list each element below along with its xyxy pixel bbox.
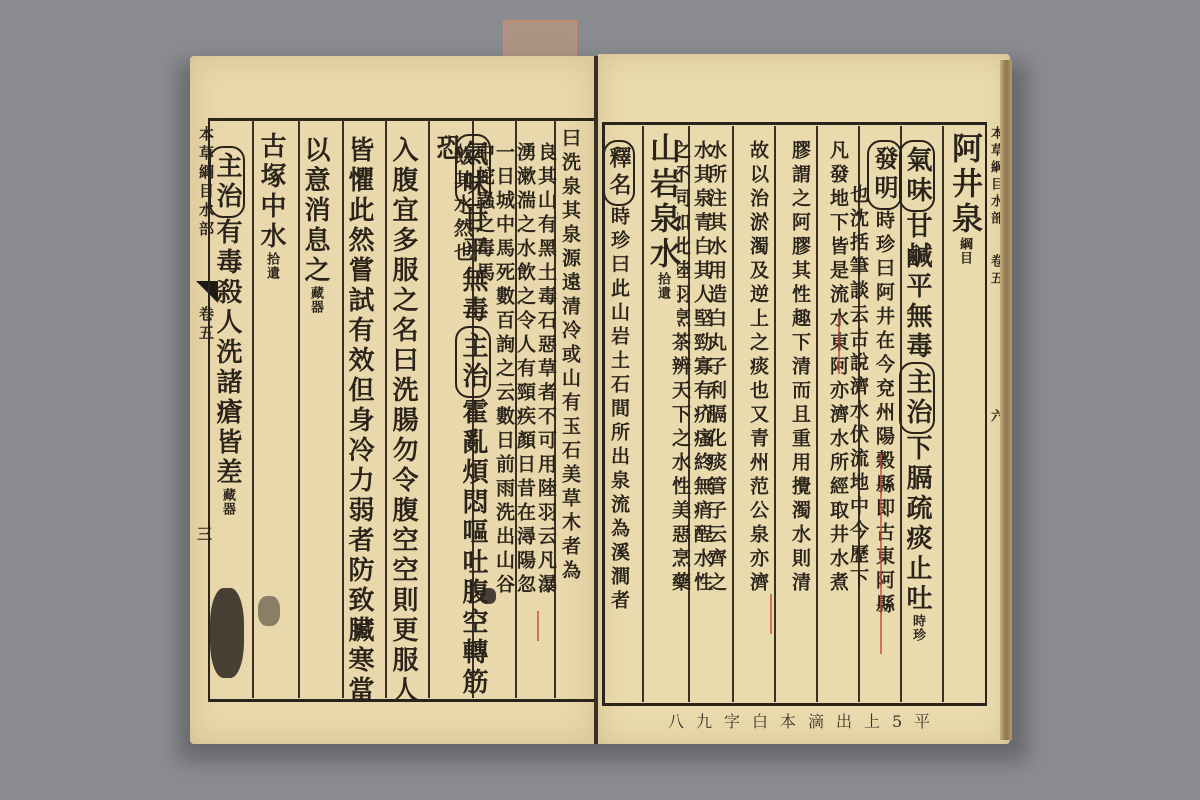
entry-heading: 阿井泉綱目 bbox=[948, 132, 979, 332]
shiming-column: 釋名時珍曰此山岩土石間所出泉流為溪澗者 bbox=[608, 140, 630, 700]
faming-tag: 發明 bbox=[867, 140, 902, 210]
text-column: 水其泉青白其人堅勁寡有疥瘙終無痟酲水性 bbox=[692, 140, 711, 700]
qiwei-column: 氣味甘鹹平無毒主治下膈疏痰止吐時珍 bbox=[904, 140, 930, 710]
right-page: 本草綱目水部 卷五 六 阿井泉綱目 氣味甘鹹平無毒主治下膈疏痰止吐時珍 發明時珍… bbox=[598, 54, 1010, 744]
qiwei-column: 氣味甘平無毒主治霍亂煩悶嘔吐腹空轉筋恐 bbox=[434, 134, 486, 704]
qiwei-tag: 氣味 bbox=[899, 140, 935, 212]
zhuzhi-tag: 主治 bbox=[899, 362, 935, 434]
text-column: 故以治淤濁及逆上之痰也又青州范公泉亦濟 bbox=[748, 140, 767, 700]
left-page: 本草綱目水部 卷五 三 曰洗泉其泉源遠清冷或山有玉石美草木者為 良其山有黑土毒石… bbox=[190, 56, 596, 744]
text-column: 一日城中馬死數百詢之云數日前雨洗出山谷 bbox=[494, 142, 513, 698]
entry-heading: 古塚中水拾遺 bbox=[258, 132, 284, 382]
text-column: 曰洗泉其泉源遠清冷或山有玉石美草木者為 bbox=[560, 128, 579, 698]
zhuzhi-tag: 主治 bbox=[209, 146, 245, 218]
source-note: 綱目 bbox=[957, 237, 972, 265]
ink-smudge bbox=[210, 588, 244, 678]
faming-column: 發明時珍曰阿井在今兗州陽穀縣即古東阿縣 bbox=[872, 140, 896, 710]
source-note: 藏器 bbox=[308, 286, 323, 314]
text-column: 入腹宜多服之名曰洗腸勿令腹空空則更服人 bbox=[390, 136, 416, 706]
text-column: 凡發地下皆是流水東阿亦濟水所經取井水煮 bbox=[828, 140, 847, 700]
text-column: 湧漱湍之水飲之令人有頸疾顏日昔在潯陽忽 bbox=[515, 142, 534, 698]
source-note: 藏器 bbox=[220, 488, 235, 516]
source-note: 拾遺 bbox=[655, 272, 670, 300]
text-column: 膠謂之阿膠其性趣下清而且重用攪濁水則清 bbox=[790, 140, 809, 700]
text-column: 以意消息之藏器 bbox=[302, 136, 328, 336]
source-note: 拾遺 bbox=[264, 252, 279, 280]
entry-heading: 山岩泉水拾遺 bbox=[646, 132, 677, 332]
shiming-tag: 釋名 bbox=[603, 140, 635, 206]
zhuzhi-column: 主治有毒殺人洗諸瘡皆差藏器 bbox=[214, 146, 240, 586]
text-column: 也沈括筆談云古說濟水伏流地中今歷下 bbox=[848, 184, 867, 704]
ink-blot bbox=[480, 588, 496, 604]
footer-handwriting: 八九字白本滴出上5平 bbox=[668, 709, 942, 732]
text-column: 皆懼此然嘗試有效但身冷力弱者防致臟寒當 bbox=[346, 136, 372, 706]
zhuzhi-tag: 主治 bbox=[455, 326, 491, 398]
ink-smudge bbox=[258, 596, 280, 626]
page-edge bbox=[1000, 60, 1012, 740]
